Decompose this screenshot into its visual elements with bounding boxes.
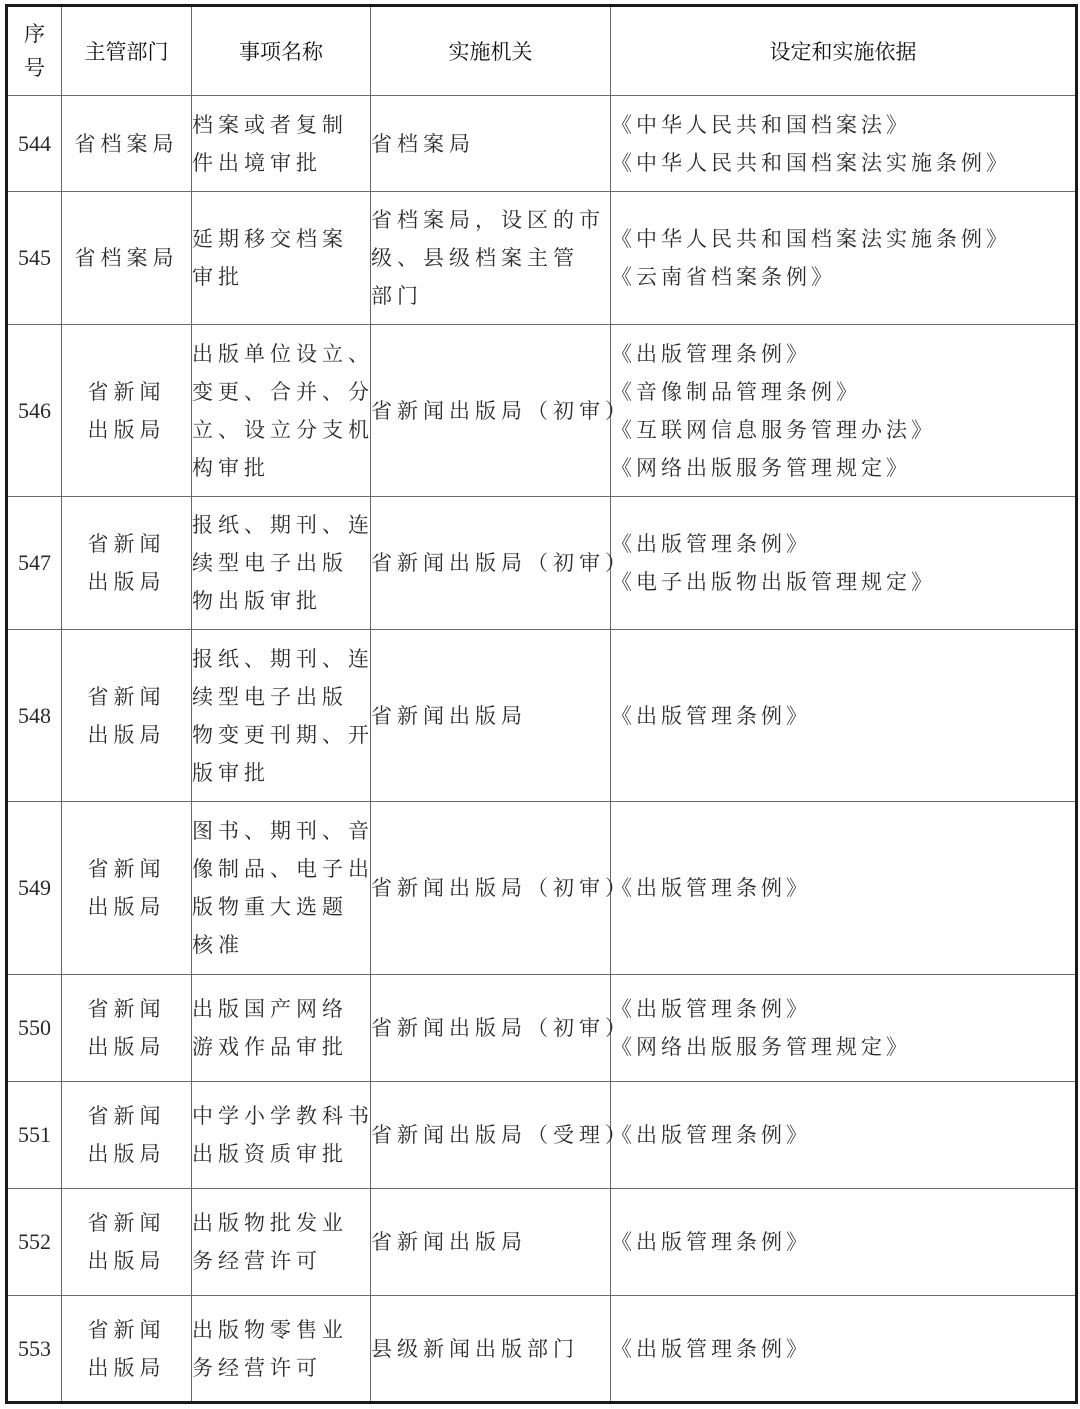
cell-dept: 省新闻出版局 [62,630,192,802]
administrative-items-table: 序 号 主管部门 事项名称 实施机关 设定和实施依据 544省档案局档案或者复制… [5,4,1078,1404]
cell-basis: 《中华人民共和国档案法实施条例》《云南省档案条例》 [611,192,1077,325]
cell-basis: 《出版管理条例》《音像制品管理条例》《互联网信息服务管理办法》《网络出版服务管理… [611,325,1077,497]
table-row: 550省新闻出版局出版国产网络游戏作品审批省新闻出版局（初审）《出版管理条例》《… [7,975,1077,1082]
cell-agency: 省新闻出版局 [371,630,611,802]
cell-item-name: 档案或者复制件出境审批 [192,96,371,192]
cell-dept: 省新闻出版局 [62,1189,192,1296]
cell-dept: 省新闻出版局 [62,1082,192,1189]
cell-seq: 545 [7,192,62,325]
header-basis: 设定和实施依据 [611,6,1077,96]
cell-item-name: 出版单位设立、变更、合并、分立、设立分支机构审批 [192,325,371,497]
cell-basis: 《出版管理条例》 [611,630,1077,802]
cell-seq: 548 [7,630,62,802]
table-row: 544省档案局档案或者复制件出境审批省档案局《中华人民共和国档案法》《中华人民共… [7,96,1077,192]
cell-item-name: 延期移交档案审批 [192,192,371,325]
cell-basis: 《出版管理条例》 [611,802,1077,975]
cell-agency: 省新闻出版局（受理） [371,1082,611,1189]
cell-item-name: 出版物零售业务经营许可 [192,1296,371,1403]
cell-dept: 省档案局 [62,192,192,325]
cell-item-name: 报纸、期刊、连续型电子出版物变更刊期、开版审批 [192,630,371,802]
cell-agency: 省新闻出版局（初审） [371,325,611,497]
cell-basis: 《出版管理条例》 [611,1189,1077,1296]
cell-item-name: 中学小学教科书出版资质审批 [192,1082,371,1189]
cell-basis: 《出版管理条例》《电子出版物出版管理规定》 [611,497,1077,630]
header-agency: 实施机关 [371,6,611,96]
cell-dept: 省新闻出版局 [62,975,192,1082]
table-body: 544省档案局档案或者复制件出境审批省档案局《中华人民共和国档案法》《中华人民共… [7,96,1077,1403]
cell-dept: 省新闻出版局 [62,1296,192,1403]
cell-dept: 省档案局 [62,96,192,192]
cell-dept: 省新闻出版局 [62,802,192,975]
cell-dept: 省新闻出版局 [62,497,192,630]
cell-seq: 544 [7,96,62,192]
table-row: 545省档案局延期移交档案审批省档案局，设区的市级、县级档案主管部门《中华人民共… [7,192,1077,325]
cell-seq: 552 [7,1189,62,1296]
cell-dept: 省新闻出版局 [62,325,192,497]
cell-agency: 省新闻出版局（初审） [371,975,611,1082]
header-item: 事项名称 [192,6,371,96]
table-row: 552省新闻出版局出版物批发业务经营许可省新闻出版局《出版管理条例》 [7,1189,1077,1296]
cell-seq: 553 [7,1296,62,1403]
table-header-row: 序 号 主管部门 事项名称 实施机关 设定和实施依据 [7,6,1077,96]
cell-agency: 省档案局，设区的市级、县级档案主管部门 [371,192,611,325]
table-row: 546省新闻出版局出版单位设立、变更、合并、分立、设立分支机构审批省新闻出版局（… [7,325,1077,497]
cell-basis: 《出版管理条例》 [611,1082,1077,1189]
cell-basis: 《出版管理条例》《网络出版服务管理规定》 [611,975,1077,1082]
table-row: 553省新闻出版局出版物零售业务经营许可县级新闻出版部门《出版管理条例》 [7,1296,1077,1403]
cell-basis: 《中华人民共和国档案法》《中华人民共和国档案法实施条例》 [611,96,1077,192]
cell-basis: 《出版管理条例》 [611,1296,1077,1403]
header-seq: 序 号 [7,6,62,96]
table-row: 547省新闻出版局报纸、期刊、连续型电子出版物出版审批省新闻出版局（初审）《出版… [7,497,1077,630]
cell-seq: 551 [7,1082,62,1189]
table-row: 549省新闻出版局图书、期刊、音像制品、电子出版物重大选题核准省新闻出版局（初审… [7,802,1077,975]
cell-seq: 549 [7,802,62,975]
table-row: 551省新闻出版局中学小学教科书出版资质审批省新闻出版局（受理）《出版管理条例》 [7,1082,1077,1189]
cell-seq: 546 [7,325,62,497]
cell-agency: 省新闻出版局 [371,1189,611,1296]
cell-item-name: 出版国产网络游戏作品审批 [192,975,371,1082]
cell-seq: 547 [7,497,62,630]
cell-item-name: 报纸、期刊、连续型电子出版物出版审批 [192,497,371,630]
table-row: 548省新闻出版局报纸、期刊、连续型电子出版物变更刊期、开版审批省新闻出版局《出… [7,630,1077,802]
cell-seq: 550 [7,975,62,1082]
cell-agency: 省档案局 [371,96,611,192]
cell-item-name: 图书、期刊、音像制品、电子出版物重大选题核准 [192,802,371,975]
cell-item-name: 出版物批发业务经营许可 [192,1189,371,1296]
cell-agency: 县级新闻出版部门 [371,1296,611,1403]
cell-agency: 省新闻出版局（初审） [371,802,611,975]
header-dept: 主管部门 [62,6,192,96]
cell-agency: 省新闻出版局（初审） [371,497,611,630]
